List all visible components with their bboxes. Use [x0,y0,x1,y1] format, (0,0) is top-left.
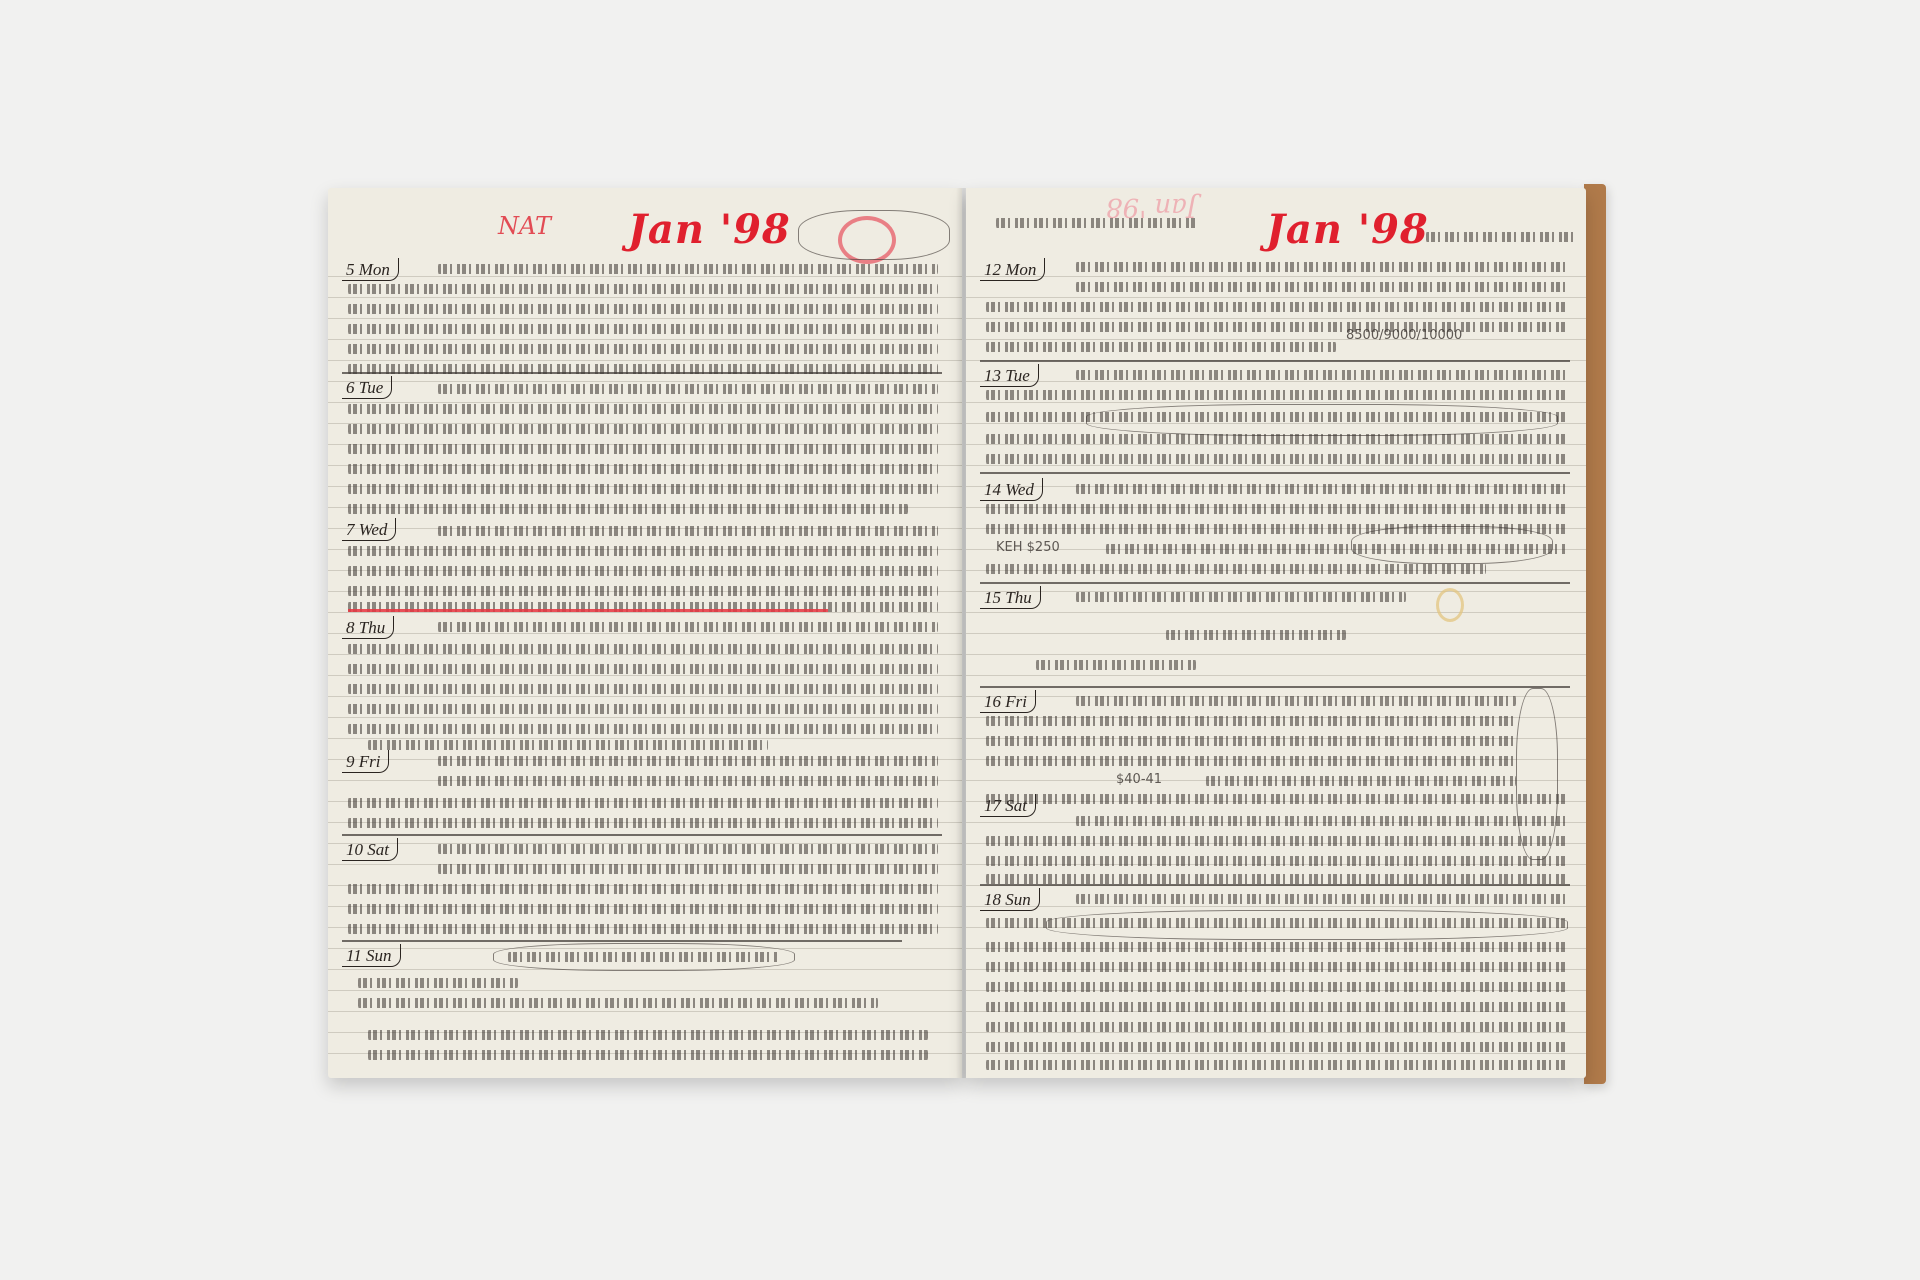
day-separator [342,834,942,836]
handwritten-line [348,442,938,456]
handwritten-line [348,462,938,476]
handwritten-line [438,774,938,788]
day-label-8-thu: 8 Thu [342,616,394,639]
day-label-14-wed: 14 Wed [980,478,1043,501]
day-separator [980,884,1570,886]
handwritten-line [348,282,938,296]
handwritten-line [986,754,1516,768]
day-separator [980,360,1570,362]
handwritten-line [348,642,938,656]
handwritten-line [348,584,938,598]
day-label-12-mon: 12 Mon [980,258,1045,281]
handwritten-line [1166,628,1346,642]
handwritten-line [348,422,938,436]
handwritten-line [986,320,1566,334]
day-label-9-fri: 9 Fri [342,750,389,773]
notebook-cover-edge [1584,184,1606,1084]
handwritten-line [986,1058,1566,1072]
handwritten-line [438,862,938,876]
handwritten-line [1076,280,1566,294]
day-label-13-tue: 13 Tue [980,364,1039,387]
handwritten-line [1076,892,1566,906]
handwritten-line [348,322,938,336]
day-label-18-sun: 18 Sun [980,888,1040,911]
handwritten-line [996,216,1196,230]
handwritten-line [1036,658,1196,672]
day-label-11-sun: 11 Sun [342,944,401,967]
handwritten-line [438,620,938,634]
handwritten-line [986,1020,1566,1034]
coffee-stain [1436,588,1464,622]
open-notebook: NAT Jan '98 5 Mon 6 Tue 7 Wed 8 Thu 9 Fr… [328,188,1604,1088]
handwritten-line [348,922,938,936]
day-label-15-thu: 15 Thu [980,586,1041,609]
handwritten-line [986,300,1566,314]
day-separator [342,940,902,942]
handwritten-line [438,524,938,538]
handwritten-line [1076,368,1566,382]
handwritten-line [368,1048,928,1062]
day-separator [980,472,1570,474]
price-note: $40-41 [1116,772,1162,787]
handwritten-line [1206,774,1516,788]
handwritten-line [368,738,768,752]
handwritten-line [348,342,938,356]
price-note: 8500/9000/10000 [1346,328,1462,343]
day-label-16-fri: 16 Fri [980,690,1036,713]
day-separator [980,686,1570,688]
handwritten-line [1076,814,1566,828]
handwritten-line [986,340,1336,354]
handwritten-line [368,1028,928,1042]
handwritten-line [986,916,1566,930]
day-label-6-tue: 6 Tue [342,376,392,399]
day-label-7-wed: 7 Wed [342,518,396,541]
handwritten-line [986,940,1566,954]
handwritten-line [348,702,938,716]
handwritten-line [986,834,1566,848]
right-page: Jan '98 Jan '98 12 Mon 13 Tue 14 Wed 15 … [966,188,1586,1078]
handwritten-line [986,960,1566,974]
handwritten-line [438,842,938,856]
red-annotation: NAT [498,212,618,242]
handwritten-line [986,452,1566,466]
handwritten-line [348,902,938,916]
day-separator [980,582,1570,584]
handwritten-line [986,410,1566,424]
handwritten-line [348,502,908,516]
handwritten-line [348,402,938,416]
page-header-month: Jan '98 [628,206,791,253]
handwritten-line [348,482,938,496]
handwritten-line [1076,590,1406,604]
handwritten-line [986,792,1566,806]
handwritten-line [348,816,938,830]
handwritten-line [986,980,1566,994]
page-header-month: Jan '98 [1266,206,1429,253]
handwritten-line [986,432,1566,446]
handwritten-line [348,302,938,316]
handwritten-line [986,502,1566,516]
handwritten-line [348,564,938,578]
handwritten-line [348,544,938,558]
handwritten-line [438,382,938,396]
handwritten-line [1076,482,1566,496]
handwritten-line [358,996,878,1010]
handwritten-line [1426,230,1576,244]
handwritten-line [1076,260,1566,274]
handwritten-line [986,562,1486,576]
handwritten-line [438,262,938,276]
note-bubble [1351,526,1553,564]
handwritten-line [348,662,938,676]
price-note: KEH $250 [996,540,1060,555]
handwritten-line [1076,694,1516,708]
handwritten-line [438,754,938,768]
handwritten-line [348,882,938,896]
handwritten-line [348,682,938,696]
handwritten-line [986,854,1566,868]
handwritten-line [508,950,778,964]
day-separator [342,372,942,374]
handwritten-line [986,1000,1566,1014]
day-label-5-mon: 5 Mon [342,258,399,281]
handwritten-line [358,976,518,990]
note-bubble [798,210,950,260]
handwritten-line [986,714,1516,728]
left-page: NAT Jan '98 5 Mon 6 Tue 7 Wed 8 Thu 9 Fr… [328,188,962,1078]
handwritten-line [986,734,1516,748]
handwritten-line [986,388,1566,402]
red-strikethrough [348,609,828,612]
handwritten-line [348,722,938,736]
handwritten-line [348,796,938,810]
day-label-10-sat: 10 Sat [342,838,398,861]
handwritten-line [986,1040,1566,1054]
